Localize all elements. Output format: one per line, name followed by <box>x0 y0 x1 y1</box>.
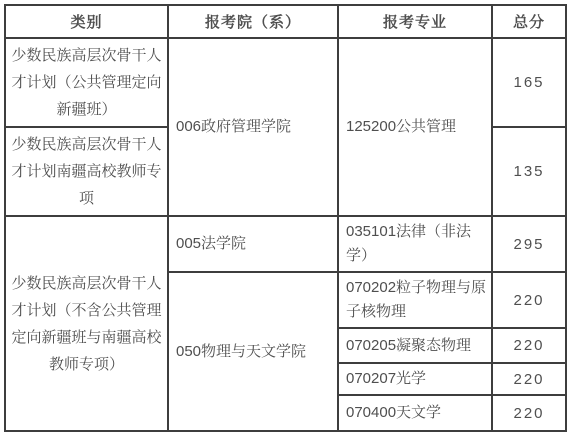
cell-category-1: 少数民族高层次骨干人才计划（公共管理定向新疆班） <box>5 38 168 127</box>
admission-score-table-container: 类别 报考院（系） 报考专业 总分 少数民族高层次骨干人才计划（公共管理定向新疆… <box>4 4 567 386</box>
header-college: 报考院（系） <box>168 5 338 38</box>
cell-score-2: 135 <box>492 127 566 216</box>
header-total-score: 总分 <box>492 5 566 38</box>
cell-score-5: 220 <box>492 328 566 363</box>
header-category: 类别 <box>5 5 168 38</box>
table-row: 少数民族高层次骨干人才计划（公共管理定向新疆班） 006政府管理学院 12520… <box>5 38 566 127</box>
header-row: 类别 报考院（系） 报考专业 总分 <box>5 5 566 38</box>
cell-major-4: 070205凝聚态物理 <box>338 328 492 363</box>
cell-college-1: 006政府管理学院 <box>168 38 338 216</box>
table-row: 少数民族高层次骨干人才计划（不含公共管理定向新疆班与南疆高校教师专项） 005法… <box>5 216 566 272</box>
header-major: 报考专业 <box>338 5 492 38</box>
cell-score-1: 165 <box>492 38 566 127</box>
cell-category-2: 少数民族高层次骨干人才计划南疆高校教师专项 <box>5 127 168 216</box>
cell-major-3: 070202粒子物理与原子核物理 <box>338 272 492 328</box>
cell-college-3: 050物理与天文学院 <box>168 272 338 386</box>
cell-score-6: 220 <box>492 363 566 386</box>
cell-major-2: 035101法律（非法学） <box>338 216 492 272</box>
admission-score-table: 类别 报考院（系） 报考专业 总分 少数民族高层次骨干人才计划（公共管理定向新疆… <box>4 4 567 386</box>
cell-score-3: 295 <box>492 216 566 272</box>
cell-major-5: 070207光学 <box>338 363 492 386</box>
cell-score-4: 220 <box>492 272 566 328</box>
cell-major-1: 125200公共管理 <box>338 38 492 216</box>
cell-category-3: 少数民族高层次骨干人才计划（不含公共管理定向新疆班与南疆高校教师专项） <box>5 216 168 386</box>
cell-college-2: 005法学院 <box>168 216 338 272</box>
